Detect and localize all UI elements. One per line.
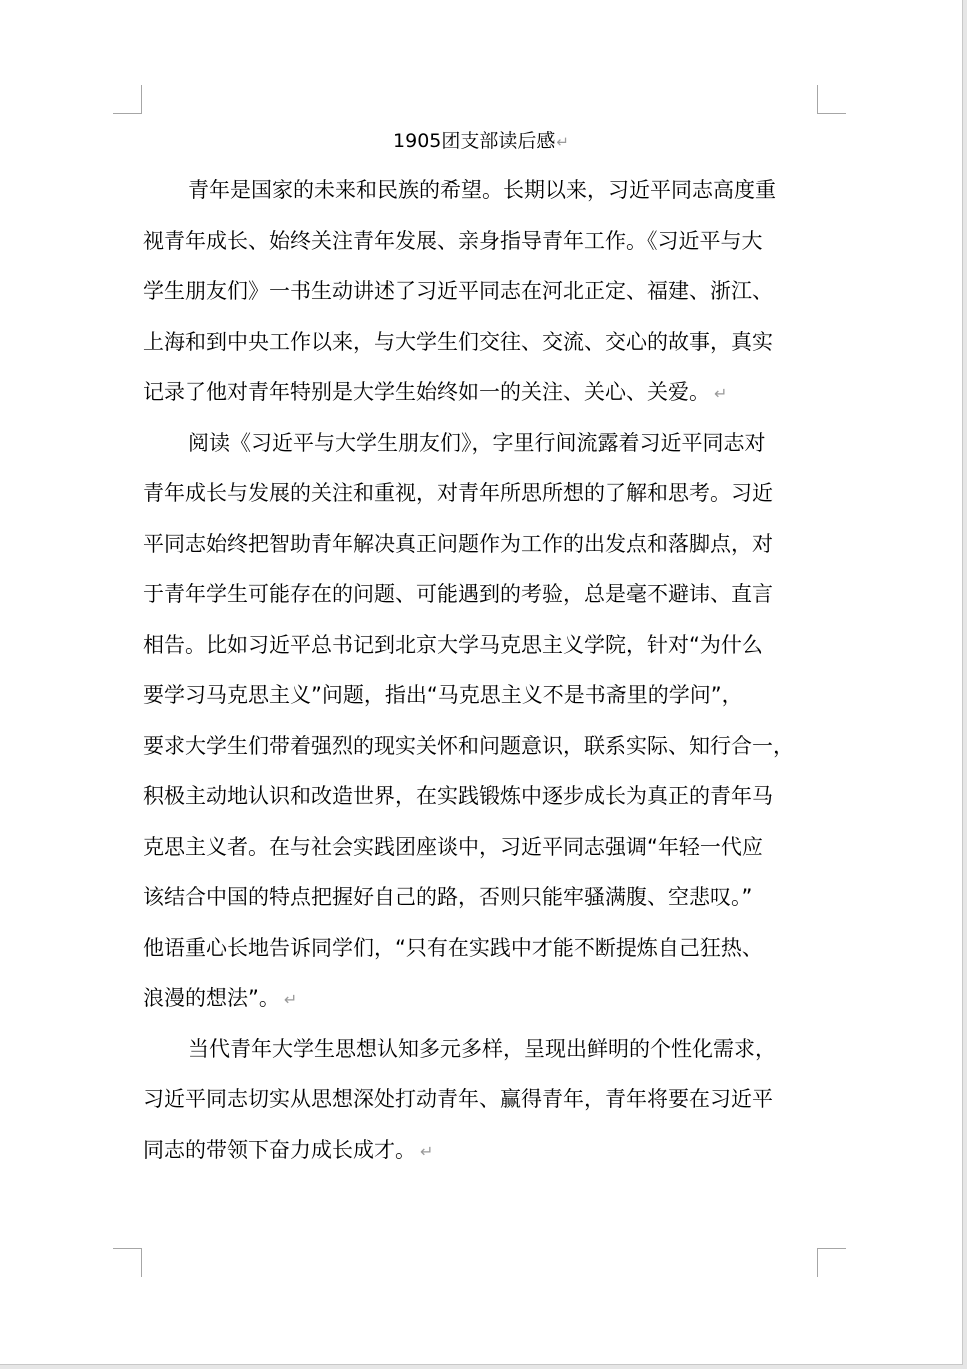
document-title-text: 1905团支部读后感 — [393, 130, 555, 152]
document-body[interactable]: 1905团支部读后感↵ 青年是国家的未来和民族的希望。长期以来，习近平同志高度重… — [143, 123, 819, 1175]
margin-corner-mark-bottom-right — [817, 1248, 846, 1277]
paragraph-mark-icon: ↵ — [556, 133, 569, 151]
text-line: 克思主义者。在与社会实践团座谈中，习近平同志强调“年轻一代应 — [143, 822, 819, 873]
text-line: 要学习马克思主义”问题，指出“马克思主义不是书斋里的学问”， — [143, 670, 819, 721]
document-page: 1905团支部读后感↵ 青年是国家的未来和民族的希望。长期以来，习近平同志高度重… — [0, 0, 963, 1365]
text-line-last: 浪漫的想法”。↵ — [143, 973, 819, 1024]
text-line: 青年是国家的未来和民族的希望。长期以来，习近平同志高度重 — [143, 165, 819, 216]
paragraph-2: 阅读《习近平与大学生朋友们》，字里行间流露着习近平同志对 青年成长与发展的关注和… — [143, 418, 819, 1024]
text-line: 青年成长与发展的关注和重视，对青年所思所想的了解和思考。习近 — [143, 468, 819, 519]
text-line: 阅读《习近平与大学生朋友们》，字里行间流露着习近平同志对 — [143, 418, 819, 469]
paragraph-mark-icon: ↵ — [420, 1142, 433, 1161]
text-line: 积极主动地认识和改造世界，在实践锻炼中逐步成长为真正的青年马 — [143, 771, 819, 822]
paragraph-1: 青年是国家的未来和民族的希望。长期以来，习近平同志高度重 视青年成长、始终关注青… — [143, 165, 819, 418]
text-line: 该结合中国的特点把握好自己的路，否则只能牢骚满腹、空悲叹。” — [143, 872, 819, 923]
margin-corner-mark-top-right — [817, 85, 846, 114]
text-line: 学生朋友们》一书生动讲述了习近平同志在河北正定、福建、浙江、 — [143, 266, 819, 317]
text-line: 相告。比如习近平总书记到北京大学马克思主义学院，针对“为什么 — [143, 620, 819, 671]
text-line: 当代青年大学生思想认知多元多样，呈现出鲜明的个性化需求， — [143, 1024, 819, 1075]
text-line: 习近平同志切实从思想深处打动青年、赢得青年，青年将要在习近平 — [143, 1074, 819, 1125]
margin-corner-mark-bottom-left — [113, 1248, 142, 1277]
text-line-text: 同志的带领下奋力成长成才。 — [143, 1138, 416, 1162]
text-line: 他语重心长地告诉同学们，“只有在实践中才能不断提炼自己狂热、 — [143, 923, 819, 974]
margin-corner-mark-top-left — [113, 85, 142, 114]
paragraph-mark-icon: ↵ — [714, 384, 727, 403]
text-line-last: 记录了他对青年特别是大学生始终如一的关注、关心、关爱。↵ — [143, 367, 819, 418]
text-line: 平同志始终把智助青年解决真正问题作为工作的出发点和落脚点，对 — [143, 519, 819, 570]
text-line-last: 同志的带领下奋力成长成才。↵ — [143, 1125, 819, 1176]
text-line: 要求大学生们带着强烈的现实关怀和问题意识，联系实际、知行合一， — [143, 721, 819, 772]
text-line-text: 浪漫的想法”。 — [143, 986, 280, 1010]
text-line: 于青年学生可能存在的问题、可能遇到的考验，总是毫不避讳、直言 — [143, 569, 819, 620]
paragraph-mark-icon: ↵ — [284, 990, 297, 1009]
text-line: 上海和到中央工作以来，与大学生们交往、交流、交心的故事，真实 — [143, 317, 819, 368]
text-line: 视青年成长、始终关注青年发展、亲身指导青年工作。《习近平与大 — [143, 216, 819, 267]
document-title: 1905团支部读后感↵ — [143, 123, 819, 159]
paragraph-3: 当代青年大学生思想认知多元多样，呈现出鲜明的个性化需求， 习近平同志切实从思想深… — [143, 1024, 819, 1176]
text-line-text: 记录了他对青年特别是大学生始终如一的关注、关心、关爱。 — [143, 380, 710, 404]
